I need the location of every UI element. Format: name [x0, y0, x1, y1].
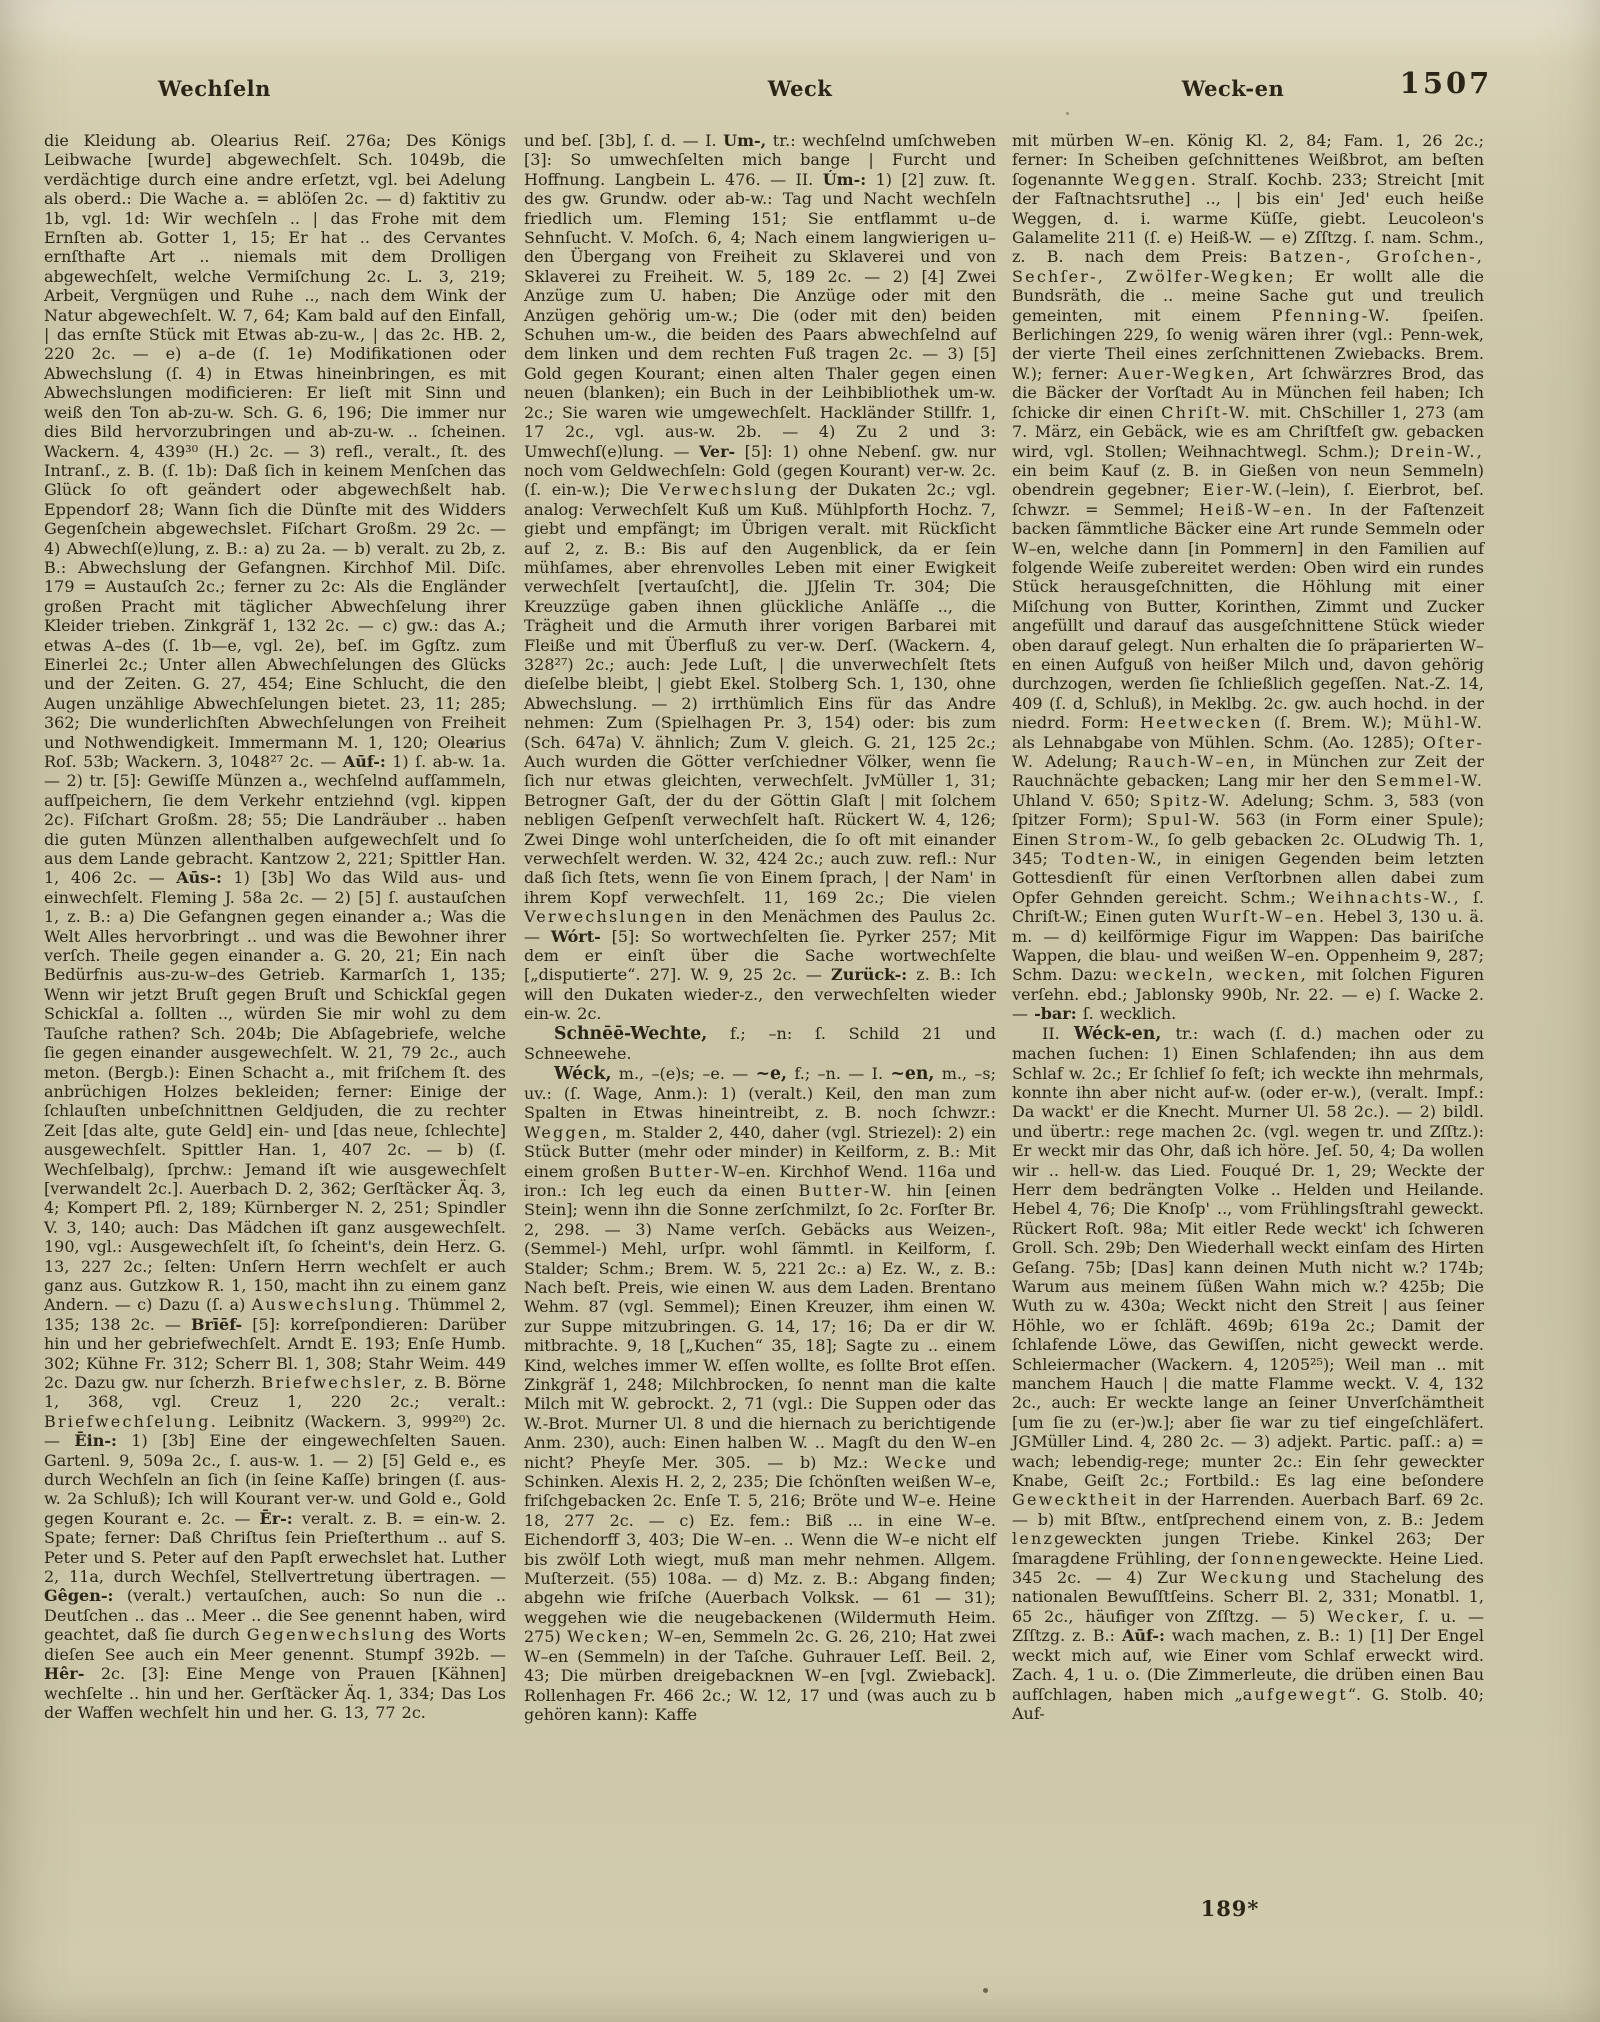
dictionary-page-scan: Wechſeln Weck Weck-en 1507 die Kleidung … — [0, 0, 1600, 2022]
text-run: Verwechslung — [659, 480, 799, 499]
text-run: (ſ. Brem. W.); — [1263, 713, 1403, 732]
text-run: 1) [3b] Wo das Wild aus- und einwechſelt… — [44, 868, 506, 1314]
text-run: Adelung; — [1035, 752, 1127, 771]
text-run: weckeln, wecken, — [1126, 965, 1308, 984]
text-run: und beſ. [3b], ſ. d. — I. — [524, 131, 723, 150]
text-run: der Dukaten 2c.; vgl. analog: Verwechſel… — [524, 480, 996, 907]
text-run: Weggen. — [1113, 170, 1198, 189]
entry-paragraph: Schnēē-Wechte, f.; –n: ſ. Schild 21 und … — [524, 1024, 996, 1064]
text-run: Eier-W. — [1203, 480, 1276, 499]
text-run: ~e, — [756, 1064, 787, 1084]
entry-paragraph: II. Wéck-en, tr.: wach (ſ. d.) machen od… — [1012, 1024, 1484, 1724]
text-run: 2c. [3]: Eine Menge von Prauen [Kähnen] … — [44, 1664, 506, 1722]
text-run: Uhland V. 650; — [1012, 791, 1150, 810]
text-run: Ver- — [699, 442, 735, 461]
text-run: Semmel-W. — [1376, 771, 1484, 790]
text-run: Strom- — [1067, 830, 1135, 849]
text-run: Rauch-W–en, — [1128, 752, 1258, 771]
text-run: II. — [1042, 1024, 1074, 1043]
text-run: Butter-W. — [798, 1181, 893, 1200]
text-run: Gegenwechslung — [247, 1625, 417, 1644]
text-run: Aūs-: — [176, 868, 222, 887]
text-run: Spul-W. — [1147, 810, 1222, 829]
text-run: Briefwechsler, — [262, 1373, 409, 1392]
text-run: ~en, — [890, 1064, 934, 1084]
text-run: ſonnen — [1231, 1549, 1300, 1568]
entry-paragraph: mit mürben W–en. König Kl. 2, 84; Fam. 1… — [1012, 131, 1484, 1024]
text-run: Aūf-: — [1122, 1626, 1165, 1645]
text-run: Todten- — [1062, 849, 1138, 868]
text-run: als Lehnabgabe von Mühlen. Schm. (Ao. 12… — [1012, 733, 1423, 752]
text-run: f.; –n. — I. — [787, 1064, 890, 1083]
entry-paragraph: die Kleidung ab. Olearius Reiſ. 276a; De… — [44, 131, 506, 1722]
text-run: Weggen, — [524, 1123, 609, 1142]
ink-speck — [1066, 112, 1069, 115]
text-run: Aūf-: — [343, 752, 386, 771]
entry-paragraph: Wéck, m., –(e)s; –e. — ~e, f.; –n. — I. … — [524, 1064, 996, 1725]
text-run: Weihnachts-W., — [1308, 888, 1461, 907]
entry-paragraph: und beſ. [3b], ſ. d. — I. Um-, tr.: wech… — [524, 131, 996, 1024]
text-column-1: die Kleidung ab. Olearius Reiſ. 276a; De… — [44, 131, 506, 1722]
ink-speck — [470, 741, 475, 746]
text-run: Briefwechſelung. — [44, 1412, 218, 1431]
text-run: Auer-Wegken, — [1118, 364, 1257, 383]
text-run: Wórt- — [551, 927, 601, 946]
text-run: Brīēf- — [191, 1315, 242, 1334]
running-head-right: Weck-en — [1182, 76, 1285, 101]
text-run: Chriſt-W. — [1161, 403, 1252, 422]
page-number: 1507 — [1400, 66, 1493, 100]
text-run: Gêgen-: — [44, 1586, 113, 1605]
text-run: Schnēē-Wechte, — [554, 1024, 707, 1044]
text-run: 1) ſ. ab-w. 1a. — 2) tr. [5]: Gewiſſe Mü… — [44, 752, 506, 887]
text-run: Ēin-: — [74, 1431, 116, 1450]
text-run: Verwechslungen — [524, 907, 688, 926]
ink-speck — [983, 1988, 988, 1993]
text-run: die Kleidung ab. Olearius Reiſ. 276a; De… — [44, 131, 506, 771]
text-run: aufgewegt — [1243, 1685, 1348, 1704]
text-run: Hêr- — [44, 1664, 84, 1683]
text-run: tr.: wach (ſ. d.) machen oder zu machen … — [1012, 1024, 1484, 1490]
text-run: Úm-: — [823, 170, 866, 189]
text-run: -bar: — [1034, 1004, 1077, 1023]
text-run: Heetwecken — [1140, 713, 1263, 732]
text-run: Pfenning-W. — [1272, 306, 1392, 325]
text-run: Spitz-W. — [1150, 791, 1232, 810]
text-run: lenz — [1012, 1529, 1054, 1548]
text-run: Wéck-en, — [1074, 1024, 1161, 1044]
text-run: Heiß-W–en. — [1199, 500, 1314, 519]
text-run: Wecker, — [1327, 1607, 1406, 1626]
text-run: Weckung — [1201, 1568, 1291, 1587]
text-run: Wéck, — [554, 1064, 611, 1084]
signature-mark: 189* — [1201, 1896, 1260, 1921]
text-run: Zurück-: — [831, 965, 907, 984]
text-column-2: und beſ. [3b], ſ. d. — I. Um-, tr.: wech… — [524, 131, 996, 1724]
text-run: 1) [2] zuw. ſt. des gw. Grundw. oder ab-… — [524, 170, 996, 461]
text-run: Butter- — [649, 1162, 722, 1181]
text-run: Wecken; — [567, 1627, 651, 1646]
text-run: Mühl-W. — [1403, 713, 1484, 732]
text-run: m., –(e)s; –e. — — [611, 1064, 755, 1083]
text-run: Wurſt-W–en. — [1202, 907, 1326, 926]
running-head-center: Weck — [768, 76, 833, 101]
text-run: In der Faſtenzeit backen ſämmtliche Bäck… — [1012, 500, 1484, 732]
text-run: Drein-W., — [1390, 442, 1484, 461]
text-run: ſ. wecklich. — [1077, 1004, 1177, 1023]
text-run: Auswechslung. — [252, 1295, 402, 1314]
running-head-left: Wechſeln — [158, 76, 271, 101]
text-run: und Schinken. Alexis H. 2, 2, 235; Die ſ… — [524, 1453, 996, 1647]
text-run: Wecke — [885, 1453, 949, 1472]
text-run: Ēr-: — [260, 1509, 293, 1528]
text-run: Um-, — [723, 131, 766, 150]
text-run: hin [einen Stein]; wenn ihn die Sonne ze… — [524, 1181, 996, 1472]
text-run: Gewecktheit — [1012, 1490, 1138, 1509]
text-column-3: mit mürben W–en. König Kl. 2, 84; Fam. 1… — [1012, 131, 1484, 1723]
